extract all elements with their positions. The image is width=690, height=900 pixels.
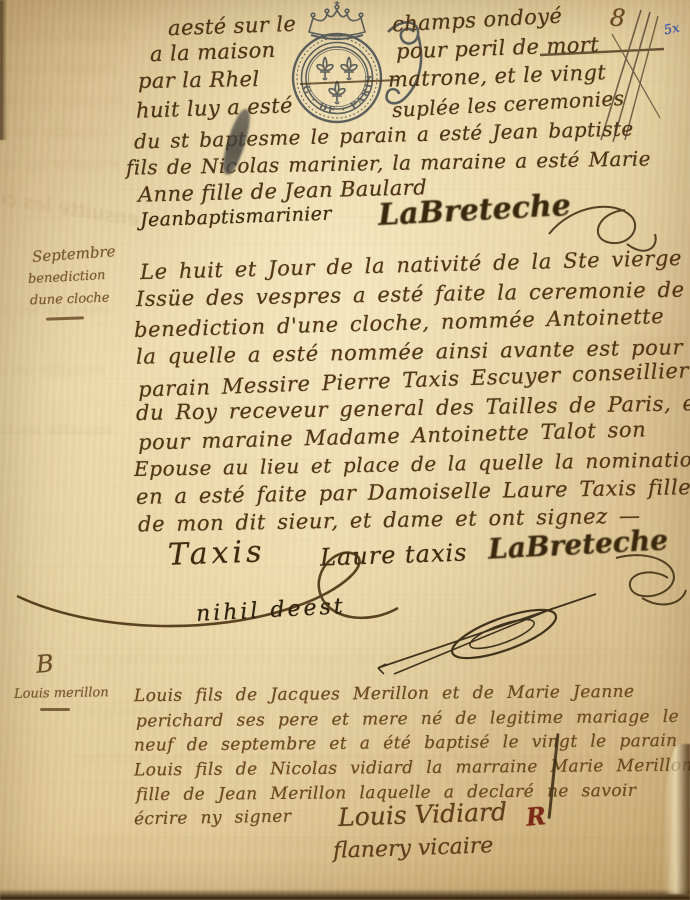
curator-blue-mark: 5x bbox=[663, 21, 681, 39]
record3-line4: Louis fils de Nicolas vidiard la marrain… bbox=[134, 756, 690, 781]
page-number: 8 bbox=[609, 3, 627, 32]
record3-line6: écrire ny signer bbox=[134, 807, 292, 830]
margin-note-benediction: benediction bbox=[28, 268, 106, 287]
margin-underline bbox=[40, 708, 70, 711]
record3-line1: Louis fils de Jacques Merillon et de Mar… bbox=[134, 682, 635, 706]
bleedthrough-line: ensuitte les ceremonies dune mariage en … bbox=[0, 360, 104, 379]
notary-paraph bbox=[372, 586, 602, 676]
record3-line2: perichard ses pere et mere né de legitim… bbox=[136, 706, 690, 731]
record3-signature-vidiard: Louis Vidiard bbox=[338, 797, 508, 832]
page-edge-bottom bbox=[0, 889, 690, 900]
page-edge-left bbox=[0, 0, 7, 140]
bleedthrough-line: ensuitte les ceremonies dune mariage en … bbox=[0, 420, 112, 439]
margin-underline bbox=[46, 316, 84, 320]
margin-note-b: B bbox=[35, 649, 55, 678]
margin-note-cloche: dune cloche bbox=[30, 291, 110, 309]
manuscript-page: ensuitte les ceremonies dune mariage en … bbox=[0, 0, 690, 900]
ink-strokes bbox=[0, 0, 690, 160]
margin-note-louis-merillon: Louis merillon bbox=[14, 685, 109, 702]
record3-line3: neuf de septembre et a été baptisé le vi… bbox=[134, 730, 690, 755]
signature-flourish bbox=[612, 548, 690, 608]
record1-signature-marinier: Jeanbaptismarinier bbox=[140, 203, 333, 232]
record3-officiant-signature: flanery vicaire bbox=[333, 833, 494, 864]
red-paraph-mark: R bbox=[525, 801, 547, 832]
bleedthrough-signature: ensuitte les ceremonies dune mariage en … bbox=[0, 185, 141, 231]
margin-note-month: Septembre bbox=[31, 242, 116, 266]
